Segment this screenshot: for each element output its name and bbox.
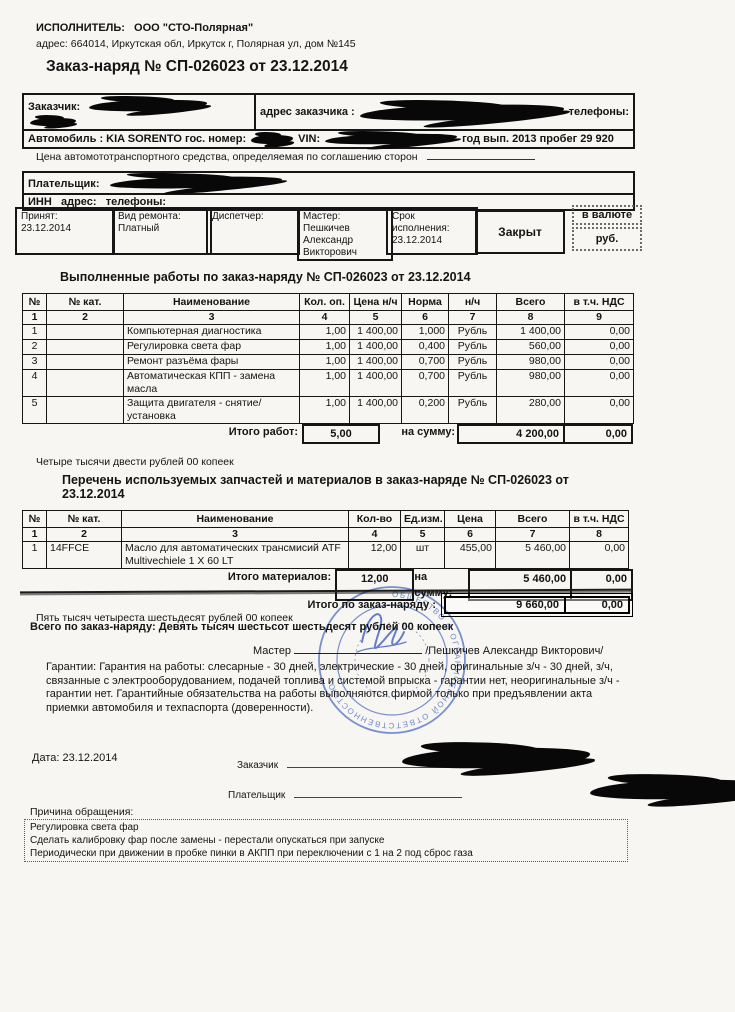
master-box: Мастер: Пешкичев Александр Викторович	[297, 207, 393, 261]
col-header: Всего	[497, 294, 565, 311]
redaction-customer-address	[360, 102, 564, 122]
grand-total-value: 9 660,00	[446, 598, 564, 612]
table-row: 3 Ремонт разъёма фары 1,00 1 400,00 0,70…	[23, 355, 634, 370]
materials-table: № № кат. Наименование Кол-во Ед.изм. Цен…	[22, 510, 629, 569]
grand-total-row: Итого по заказ-наряду : 9 660,00 0,00	[22, 596, 630, 614]
grand-total-box: 9 660,00 0,00	[444, 596, 630, 614]
accepted-value: 23.12.2014	[21, 223, 109, 235]
complaint-line: Периодически при движении в пробке пинки…	[30, 847, 622, 860]
cell: 0,00	[565, 370, 634, 397]
redaction-payer-name	[110, 175, 282, 190]
signature-underline	[294, 786, 462, 798]
works-section: № № кат. Наименование Кол. оп. Цена н/ч …	[22, 293, 633, 468]
col-header: н/ч	[449, 294, 497, 311]
executor-label: ИСПОЛНИТЕЛЬ:	[36, 22, 125, 34]
executor-address: адрес: 664014, Иркутская обл, Иркутск г,…	[36, 38, 356, 50]
col-number: 7	[449, 311, 497, 325]
col-header: в т.ч. НДС	[565, 294, 634, 311]
cell: 1 400,00	[350, 325, 402, 340]
vehicle-price-text: Цена автомототранспортного средства, опр…	[36, 151, 418, 163]
date-line: Дата: 23.12.2014	[32, 752, 118, 764]
status-badge: Закрыт	[475, 210, 565, 254]
materials-header-row: № № кат. Наименование Кол-во Ед.изм. Цен…	[23, 511, 629, 528]
redaction-plate-number	[251, 134, 293, 144]
works-total-label: Итого работ:	[22, 424, 304, 444]
col-number: 7	[496, 528, 570, 542]
cell: 0,00	[565, 397, 634, 424]
redaction-customer-name-2	[30, 117, 76, 126]
works-colnum-row: 1 2 3 4 5 6 7 8 9	[23, 311, 634, 325]
col-header: № кат.	[47, 294, 124, 311]
cell: 1,00	[300, 370, 350, 397]
complaint-line: Сделать калибровку фар после замены - пе…	[30, 834, 622, 847]
cell: Компьютерная диагностика	[124, 325, 300, 340]
col-number: 6	[402, 311, 449, 325]
cell: Рубль	[449, 340, 497, 355]
col-header: Всего	[496, 511, 570, 528]
works-title: Выполненные работы по заказ-наряду № СП-…	[60, 270, 471, 284]
col-number: 2	[47, 311, 124, 325]
col-header: Кол. оп.	[300, 294, 350, 311]
col-number: 2	[47, 528, 122, 542]
cell: 5 460,00	[496, 542, 570, 569]
redaction-vin	[325, 132, 457, 145]
cell: 1,000	[402, 325, 449, 340]
cell: 1,00	[300, 397, 350, 424]
payer-box: Плательщик: ИНН адрес: телефоны:	[22, 171, 635, 211]
cell: 1	[23, 542, 47, 569]
col-header: Цена	[445, 511, 496, 528]
col-header: в т.ч. НДС	[570, 511, 629, 528]
complaint-box: Регулировка света фар Сделать калибровку…	[24, 819, 628, 862]
year-mileage: год вып. 2013 пробег 29 920	[462, 133, 614, 145]
complaint-line: Регулировка света фар	[30, 821, 622, 834]
accepted-box: Принят: 23.12.2014	[15, 207, 115, 255]
dispatcher-box: Диспетчер:	[206, 207, 300, 255]
cell: 1,00	[300, 355, 350, 370]
col-number: 5	[401, 528, 445, 542]
deadline-label: Срок исполнения:	[392, 211, 472, 235]
cell: шт	[401, 542, 445, 569]
cell	[47, 325, 124, 340]
customer-cell: Заказчик:	[24, 95, 256, 129]
cell: Защита двигателя - снятие/установка	[124, 397, 300, 424]
executor-name: ООО "СТО-Полярная"	[134, 22, 253, 34]
table-row: 4 Автоматическая КПП - замена масла 1,00…	[23, 370, 634, 397]
currency-label-box: в валюте	[572, 205, 642, 225]
table-row: 2 Регулировка света фар 1,00 1 400,00 0,…	[23, 340, 634, 355]
cell: 1 400,00	[350, 355, 402, 370]
cell: Масло для автоматических трансмисий ATF …	[122, 542, 349, 569]
works-table: № № кат. Наименование Кол. оп. Цена н/ч …	[22, 293, 634, 424]
works-sum-value: 4 200,00	[457, 424, 565, 444]
grand-total-vat: 0,00	[564, 598, 628, 612]
redaction-payer-signature	[590, 778, 735, 801]
cell: 4	[23, 370, 47, 397]
warranty-text: Гарантии: Гарантия на работы: слесарные …	[46, 661, 624, 715]
col-header: Норма	[402, 294, 449, 311]
table-row: 1 14FFCE Масло для автоматических трансм…	[23, 542, 629, 569]
blank-underline	[427, 149, 535, 160]
dispatcher-label: Диспетчер:	[212, 211, 294, 223]
customer-phones-label: телефоны:	[569, 106, 629, 118]
repair-type-label: Вид ремонта:	[118, 211, 206, 223]
cell: 1 400,00	[350, 370, 402, 397]
works-total-qty: 5,00	[302, 424, 380, 444]
master-name: /Пешкичев Александр Викторович/	[425, 645, 603, 657]
accepted-label: Принят:	[21, 211, 109, 223]
col-number: 9	[565, 311, 634, 325]
currency-value-box: руб.	[572, 227, 642, 251]
cell: Рубль	[449, 370, 497, 397]
cell: 1,00	[300, 340, 350, 355]
customer-sign-label: Заказчик	[237, 760, 278, 771]
repair-type-value: Платный	[118, 223, 206, 235]
cell: 14FFCE	[47, 542, 122, 569]
col-number: 4	[300, 311, 350, 325]
col-header: №	[23, 511, 47, 528]
complaint-label: Причина обращения:	[30, 806, 133, 818]
deadline-value: 23.12.2014	[392, 235, 472, 247]
redaction-customer-name	[88, 99, 206, 113]
table-row: 1 Компьютерная диагностика 1,00 1 400,00…	[23, 325, 634, 340]
repair-type-box: Вид ремонта: Платный	[112, 207, 212, 255]
cell: Регулировка света фар	[124, 340, 300, 355]
cell: 0,700	[402, 355, 449, 370]
col-number: 3	[124, 311, 300, 325]
cell: 12,00	[349, 542, 401, 569]
scanned-work-order-page: ИСПОЛНИТЕЛЬ: ООО "СТО-Полярная" адрес: 6…	[0, 0, 735, 1012]
works-amount-words: Четыре тысячи двести рублей 00 копеек	[36, 456, 633, 468]
col-number: 1	[23, 311, 47, 325]
deadline-box: Срок исполнения: 23.12.2014	[386, 207, 478, 255]
grand-total-label: Итого по заказ-наряду :	[307, 599, 436, 611]
cell: 1	[23, 325, 47, 340]
col-number: 4	[349, 528, 401, 542]
customer-address-label: адрес заказчика :	[260, 106, 355, 118]
cell: 1 400,00	[350, 397, 402, 424]
col-header: №	[23, 294, 47, 311]
payer-sign-label: Плательщик	[228, 790, 285, 801]
works-sum-label: на сумму:	[401, 424, 459, 444]
executor-line: ИСПОЛНИТЕЛЬ: ООО "СТО-Полярная"	[36, 22, 253, 34]
vehicle-price-line: Цена автомототранспортного средства, опр…	[36, 149, 535, 163]
cell: 455,00	[445, 542, 496, 569]
payer-sign-line: Плательщик	[228, 786, 462, 801]
vin-label: VIN:	[298, 133, 320, 145]
master-box-label: Мастер:	[303, 211, 387, 223]
cell: 0,00	[565, 355, 634, 370]
cell: 1,00	[300, 325, 350, 340]
col-number: 8	[570, 528, 629, 542]
col-header: Наименование	[122, 511, 349, 528]
cell: 1 400,00	[350, 340, 402, 355]
cell: Рубль	[449, 325, 497, 340]
table-row: 5 Защита двигателя - снятие/установка 1,…	[23, 397, 634, 424]
master-sign-line: Мастер /Пешкичев Александр Викторович/	[253, 641, 603, 657]
col-number: 5	[350, 311, 402, 325]
cell: 3	[23, 355, 47, 370]
car-label: Автомобиль : KIA SORENTO гос. номер:	[28, 133, 246, 145]
cell: Ремонт разъёма фары	[124, 355, 300, 370]
master-label: Мастер	[253, 645, 291, 657]
master-box-value: Пешкичев Александр Викторович	[303, 223, 387, 259]
cell: 980,00	[497, 370, 565, 397]
cell: 5	[23, 397, 47, 424]
cell: 0,700	[402, 370, 449, 397]
page-title: Заказ-наряд № СП-026023 от 23.12.2014	[46, 58, 348, 76]
col-number: 6	[445, 528, 496, 542]
cell	[47, 370, 124, 397]
works-header-row: № № кат. Наименование Кол. оп. Цена н/ч …	[23, 294, 634, 311]
col-header: Цена н/ч	[350, 294, 402, 311]
redaction-customer-signature	[402, 746, 590, 771]
cell: 560,00	[497, 340, 565, 355]
col-header: Ед.изм.	[401, 511, 445, 528]
col-number: 3	[122, 528, 349, 542]
col-number: 1	[23, 528, 47, 542]
signature-underline	[294, 641, 422, 654]
cell: 0,00	[570, 542, 629, 569]
cell: 980,00	[497, 355, 565, 370]
cell	[47, 397, 124, 424]
payer-label: Плательщик:	[28, 178, 99, 190]
cell: 0,00	[565, 340, 634, 355]
cell: 1 400,00	[497, 325, 565, 340]
works-total-row: Итого работ: 5,00 на сумму: 4 200,00 0,0…	[22, 424, 633, 444]
spacer	[380, 424, 401, 444]
works-sum-vat: 0,00	[563, 424, 633, 444]
cell: Автоматическая КПП - замена масла	[124, 370, 300, 397]
col-number: 8	[497, 311, 565, 325]
payer-line: Плательщик:	[24, 173, 633, 193]
car-line: Автомобиль : KIA SORENTO гос. номер: VIN…	[24, 129, 633, 147]
cell: 280,00	[497, 397, 565, 424]
cell	[47, 355, 124, 370]
col-header: № кат.	[47, 511, 122, 528]
materials-title: Перечень используемых запчастей и матери…	[62, 473, 633, 501]
col-header: Кол-во	[349, 511, 401, 528]
col-header: Наименование	[124, 294, 300, 311]
cell: 0,00	[565, 325, 634, 340]
cell: 2	[23, 340, 47, 355]
materials-colnum-row: 1 2 3 4 5 6 7 8	[23, 528, 629, 542]
cell: 0,400	[402, 340, 449, 355]
customer-label: Заказчик:	[28, 101, 80, 113]
grand-total-words: Всего по заказ-наряду: Девять тысяч шест…	[30, 621, 453, 633]
cell: Рубль	[449, 355, 497, 370]
cell: Рубль	[449, 397, 497, 424]
customer-address-cell: адрес заказчика : телефоны:	[256, 95, 633, 129]
cell: 0,200	[402, 397, 449, 424]
customer-box: Заказчик: адрес заказчика : телефоны: Ав…	[22, 93, 635, 149]
cell	[47, 340, 124, 355]
